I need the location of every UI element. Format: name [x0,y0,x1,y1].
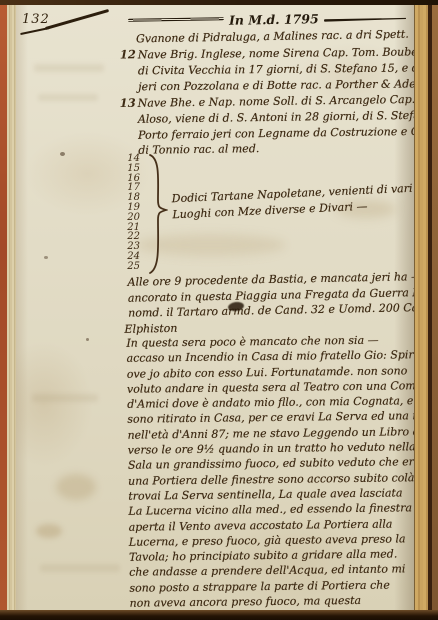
margin-number: 25 [122,262,140,272]
paper-stain [36,524,62,538]
fire-account-paragraph: In questa sera poco è mancato che non si… [126,332,409,611]
manuscript-page: 132 In M.d. 1795 Gvanone di Pidraluga, a… [16,4,414,610]
folio-number: 132 [22,12,50,27]
verso-showthrough [32,394,98,402]
register-entry-12: 12 Nave Brig. Inglese, nome Sirena Cap. … [120,44,408,94]
paper-stain [44,256,48,259]
verso-showthrough [40,564,120,572]
continuation-line: Gvanone di Pidraluga, a Malines rac. a d… [136,28,409,46]
manuscript-photo: 132 In M.d. 1795 Gvanone di Pidraluga, a… [0,0,438,620]
frigate-paragraph: Alle ore 9 procedente da Bastia, e manca… [127,269,408,337]
paper-stain [86,338,89,341]
paper-stain [56,474,96,500]
book-top-edge [0,0,438,5]
page-header: In M.d. 1795 [128,12,406,27]
braced-entry-group: 141516171819202122232425 Dodici Tartane … [120,154,408,274]
header-date: In M.d. 1795 [229,11,319,28]
register-entry-13: 13 Nave Bhe. e Nap. nome Soll. di S. Arc… [120,92,409,159]
page-edges-left [7,0,16,620]
header-rule-right [324,17,406,22]
book-cover-outer [432,0,438,620]
book-spine-edge [0,0,7,620]
manuscript-line: non aveva ancora preso fuoco, ma questa [130,592,410,611]
entry-number: 12 [120,47,136,63]
book-bottom-edge [0,610,438,620]
margin-numbers: 141516171819202122232425 [122,154,140,272]
verso-showthrough [38,94,98,101]
page-edges-right [414,0,429,620]
entry-lines: Nave Bhe. e Nap. nome Soll. di S. Arcang… [138,92,409,159]
verso-showthrough [34,64,104,72]
folio-flourish [45,9,109,30]
folio-flourish [20,27,50,35]
entry-lines: Nave Brig. Inglese, nome Sirena Cap. Tom… [138,44,408,94]
group-brace [144,152,168,276]
entry-number: 13 [120,96,136,112]
paper-stain [60,152,65,156]
group-description: Dodici Tartane Napoletane, venienti di v… [171,181,413,223]
header-rule-left [128,17,224,22]
